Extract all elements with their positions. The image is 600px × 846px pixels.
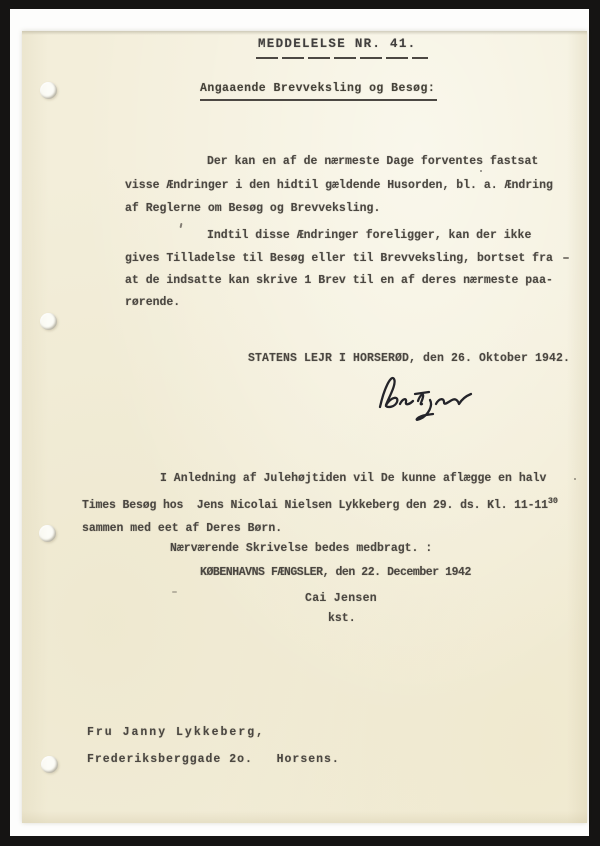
heading-underline xyxy=(256,57,428,59)
body-line: visse Ændringer i den hidtil gældende Hu… xyxy=(125,179,553,192)
body-line: gives Tilladelse til Besøg eller til Bre… xyxy=(125,252,553,265)
notice-line: I Anledning af Julehøjtiden vil De kunne… xyxy=(160,472,546,485)
visit-details-text: Times Besøg hos Jens Nicolai Nielsen Lyk… xyxy=(82,499,548,512)
punch-hole xyxy=(40,313,57,330)
signatory-name: Cai Jensen xyxy=(305,592,377,605)
body-line: af Reglerne om Besøg og Brevveksling. xyxy=(125,202,380,215)
punch-hole xyxy=(41,756,58,773)
recipient-name: Fru Janny Lykkeberg, xyxy=(87,726,265,739)
ink-speck xyxy=(574,478,576,480)
notice-line: Nærværende Skrivelse bedes medbragt. : xyxy=(170,542,432,555)
body-line: rørende. xyxy=(125,296,180,309)
recipient-address: Frederiksberggade 2o. Horsens. xyxy=(87,753,340,766)
ink-speck xyxy=(480,170,482,172)
signatory-title: kst. xyxy=(328,612,356,625)
dateline: STATENS LEJR I HORSERØD, den 26. Oktober… xyxy=(248,352,570,365)
notice-line: sammen med eet af Deres Børn. xyxy=(82,522,282,535)
body-line: at de indsatte kan skrive 1 Brev til en … xyxy=(125,274,553,287)
body-line: Indtil disse Ændringer foreligger, kan d… xyxy=(207,229,531,242)
document-heading: MEDDELELSE NR. 41. xyxy=(258,37,416,51)
ink-speck xyxy=(563,257,569,259)
punch-hole xyxy=(39,525,56,542)
time-superscript: 30 xyxy=(548,496,558,506)
scan-border-frame: MEDDELELSE NR. 41. Angaaende Brevvekslin… xyxy=(0,0,600,846)
punch-hole xyxy=(40,82,57,99)
notice-line: Times Besøg hos Jens Nicolai Nielsen Lyk… xyxy=(82,496,558,512)
subject-underline xyxy=(200,99,437,101)
ink-speck xyxy=(180,223,183,228)
body-line: Der kan en af de nærmeste Dage forventes… xyxy=(207,155,538,168)
subject-line: Angaaende Brevveksling og Besøg: xyxy=(200,82,435,95)
letter-page: MEDDELELSE NR. 41. Angaaende Brevvekslin… xyxy=(22,31,587,823)
ink-speck xyxy=(172,591,177,593)
handwritten-signature xyxy=(374,371,484,423)
prison-dateline: KØBENHAVNS FÆNGSLER, den 22. December 19… xyxy=(200,566,471,579)
